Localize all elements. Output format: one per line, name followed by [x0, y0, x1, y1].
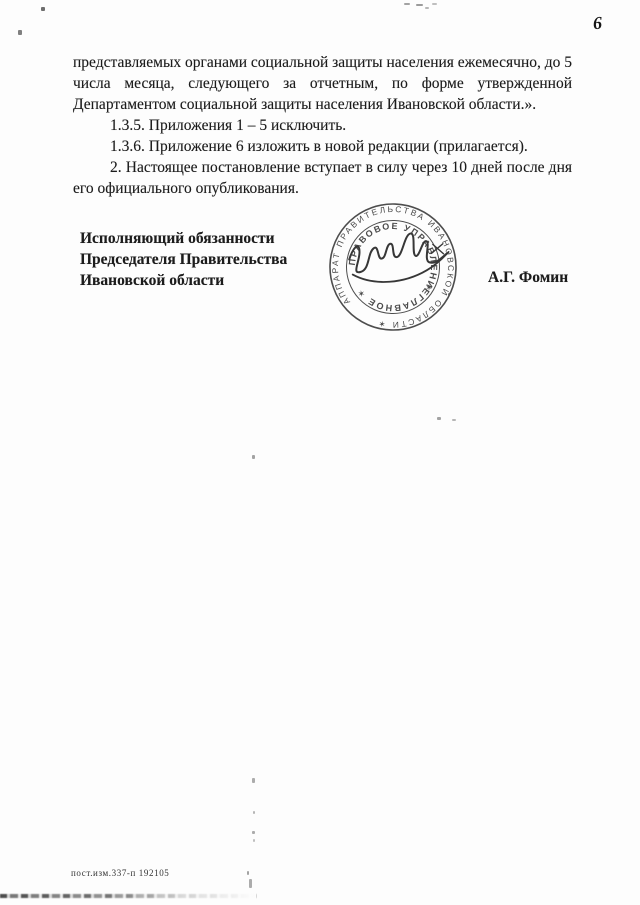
scan-artifact — [416, 4, 423, 6]
signer-name: А.Г. Фомин — [488, 269, 568, 287]
scan-artifact — [18, 30, 22, 35]
svg-text:✶ ГЛАВНОЕ ✶: ✶ ГЛАВНОЕ ✶ — [354, 279, 436, 315]
scan-artifact — [253, 839, 255, 842]
scan-artifact — [437, 417, 441, 420]
scan-artifact — [247, 871, 249, 875]
footer-reference: пост.изм.337-п 192105 — [71, 868, 169, 878]
signatory-title-line-3: Ивановской области — [80, 270, 287, 291]
scan-artifact — [249, 879, 252, 888]
list-item-1-3-6: 1.3.6. Приложение 6 изложить в новой ред… — [73, 136, 572, 157]
signatory-title-line-1: Исполняющий обязанности — [80, 228, 287, 249]
signatory-title-line-2: Председателя Правительства — [80, 249, 287, 270]
scan-smudge-fade — [0, 893, 256, 899]
stamp-inner-border — [345, 219, 441, 315]
scan-artifact — [432, 3, 437, 5]
scan-artifact — [252, 831, 255, 834]
list-item-1-3-5: 1.3.5. Приложения 1 – 5 исключить. — [73, 115, 572, 136]
scan-artifact — [404, 3, 410, 5]
scan-artifact — [452, 419, 456, 421]
scan-artifact — [252, 455, 255, 459]
scan-artifact — [253, 811, 255, 814]
signatory-title: Исполняющий обязанности Председателя Пра… — [80, 228, 287, 291]
scan-artifact — [41, 7, 45, 11]
stamp-inner-ring-text-bottom: ✶ ГЛАВНОЕ ✶ — [354, 279, 436, 315]
scan-artifact — [252, 778, 255, 783]
scan-artifact — [425, 7, 429, 9]
document-page: 6 представляемых органами социальной защ… — [0, 0, 640, 905]
document-body: представляемых органами социальной защит… — [73, 52, 572, 199]
paragraph-2: 2. Настоящее постановление вступает в си… — [73, 157, 572, 199]
paragraph-continuation: представляемых органами социальной защит… — [73, 52, 572, 115]
page-number: 6 — [592, 13, 602, 35]
official-stamp: АППАРАТ ПРАВИТЕЛЬСТВА ИВАНОВСКОЙ ОБЛАСТИ… — [321, 195, 466, 340]
